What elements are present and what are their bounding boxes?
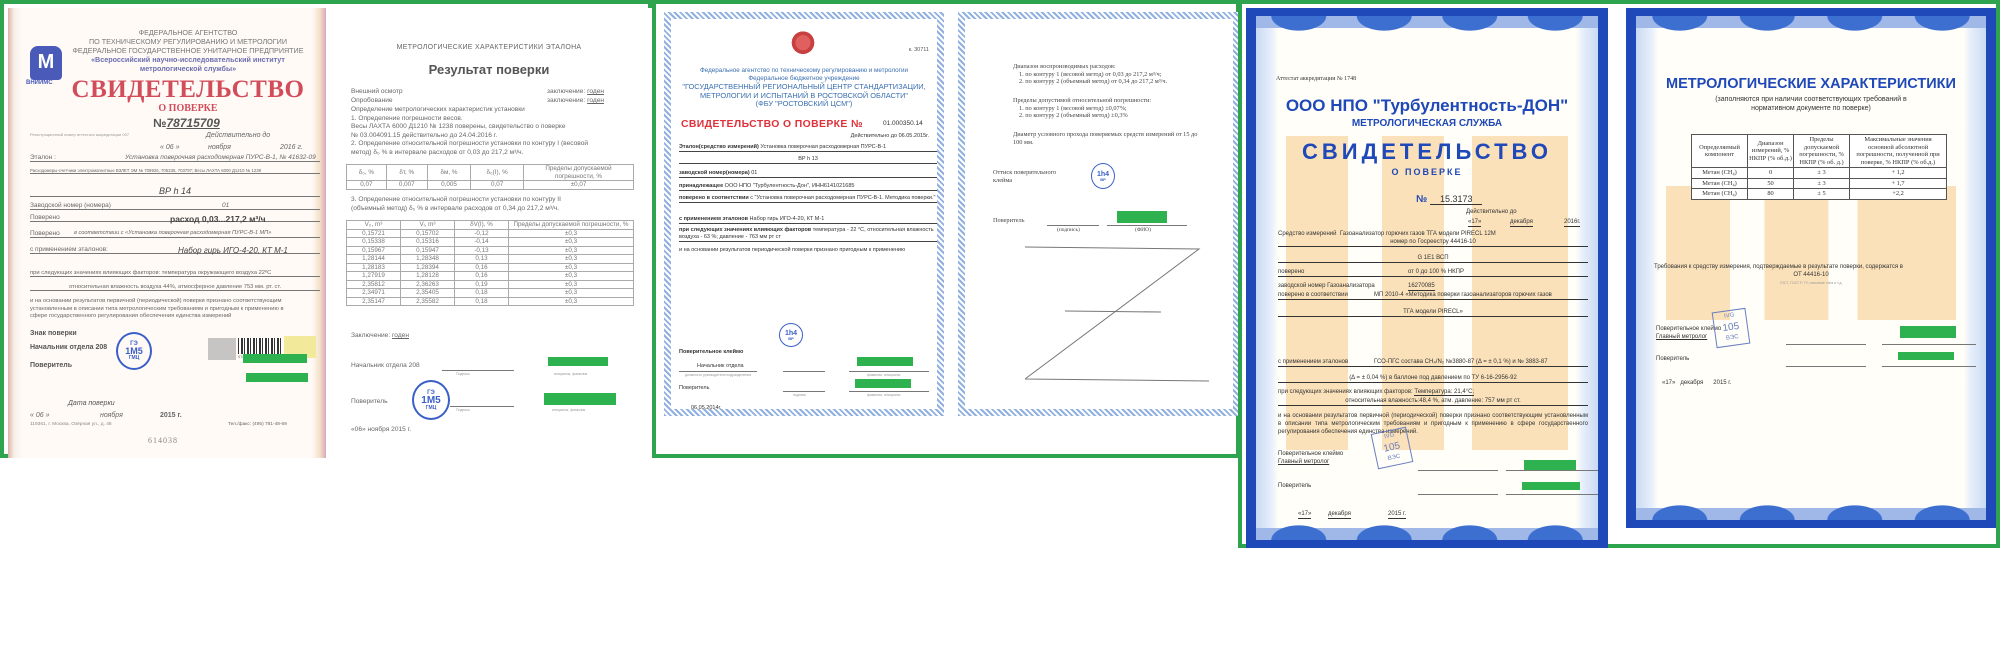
verification-stamp-icon: ГЭ 1М5 ГМЦ [412, 380, 450, 420]
table-row: Метан (CH₄)50± 3+ 1,7 [1692, 178, 1947, 189]
redacted-name [1524, 460, 1576, 470]
redacted-name [855, 379, 911, 388]
issuer-header: Федеральное агентство по техническому ре… [671, 67, 937, 108]
certificate-title: СВИДЕТЕЛЬСТВО [68, 76, 308, 104]
hologram-icon [208, 338, 236, 360]
valid-until-label: Действительно до [206, 132, 306, 139]
table-row: 1,279191,281280,16±0,3 [347, 272, 634, 281]
valid-until: Действительно до 06.05.2015г. [851, 133, 929, 139]
serial-field: заводской номер(номера) 01 [679, 169, 937, 178]
table-row: 0,157210,15702-0,12±0,3 [347, 229, 634, 238]
document-group-turbulence-don: Аттестат аккредитации № 1748 ООО НПО "Ту… [1238, 0, 2000, 548]
procedure-field: поверено в соответствииМП 2010-4 «Методи… [1278, 291, 1588, 300]
table-row: 2,351472,355820,18±0,3 [347, 297, 634, 306]
document-group-vniims: M ВНИИМС ФЕДЕРАЛЬНОЕ АГЕНТСТВО ПО ТЕХНИЧ… [0, 0, 652, 458]
conclusion-text: и на основании результатов первичной (пе… [1278, 412, 1588, 436]
redacted-name [1522, 482, 1580, 490]
table-row: 1,281441,283480,13±0,3 [347, 255, 634, 264]
z-cancel-mark [1025, 245, 1211, 385]
certificate-title: СВИДЕТЕЛЬСТВО О ПОВЕРКЕ № [681, 119, 863, 130]
volume-method-table: V₀, m³ Vᵢ, m³ δV(I), % Пределы допускаем… [346, 220, 634, 306]
serial-field: заводской номер Газоанализатора16270085 [1278, 282, 1588, 290]
redacted-name [548, 357, 608, 366]
redacted-name [1117, 211, 1167, 223]
org-name: ООО НПО "Турбулентность-ДОН" [1256, 96, 1598, 116]
verification-stamp-icon: 1h4 BP [1091, 163, 1115, 189]
metrological-characteristics-page: МЕТРОЛОГИЧЕСКИЕ ХАРАКТЕРИСТИКИ (заполняю… [1626, 8, 1996, 528]
document-group-rostov: к. 30711 Федеральное агентство по технич… [652, 0, 1240, 458]
procedure-field: поверено в соответствии с "Установка пов… [679, 195, 937, 203]
certificate-vniims: M ВНИИМС ФЕДЕРАЛЬНОЕ АГЕНТСТВО ПО ТЕХНИЧ… [8, 8, 326, 458]
serial-field: Заводской номер (номера) 01 [30, 202, 320, 210]
conclusion-text: и на основании результатов первичной (пе… [30, 298, 298, 321]
table-row: Метан (CH₄)0± 3+ 1,2 [1692, 168, 1947, 179]
russian-emblem-icon [791, 31, 815, 57]
issuer-header: ФЕДЕРАЛЬНОЕ АГЕНТСТВО ПО ТЕХНИЧЕСКОМУ РЕ… [68, 28, 308, 73]
certificate-turbulence-don: Аттестат аккредитации № 1748 ООО НПО "Ту… [1246, 8, 1608, 548]
redacted-name [1900, 326, 1956, 338]
verified-field: Поверено расход 0,03...217,2 м³/ч [30, 214, 320, 222]
verified-per-field: Поверено в соответствии с «Установка пов… [30, 230, 320, 238]
factors-field: при следующих значениях влияющих факторо… [1278, 388, 1588, 396]
table-row: 2,349712,354050,18±0,3 [347, 289, 634, 298]
verification-date: 06.05.2014г. [691, 405, 721, 411]
certificate-title: СВИДЕТЕЛЬСТВО [1256, 139, 1598, 165]
table-row: 0,153380,15316-0,14±0,3 [347, 238, 634, 247]
external-inspection-line: Внешний осмотр заключение: годен [351, 88, 621, 97]
redacted-name [1898, 352, 1954, 360]
table-row: Метан (CH₄)80± 5+2,2 [1692, 189, 1947, 200]
barcode-icon [238, 338, 282, 354]
redacted-name [857, 357, 913, 366]
rank-field: ВР h 13 [679, 155, 937, 164]
verification-stamp-icon: ГЭ 1М5 ГМЦ [116, 332, 152, 370]
certificate-number: 01.000350.14 [883, 120, 923, 127]
etalon-field: Эталон(средство измерений) Установка пов… [679, 143, 937, 152]
page-title: МЕТРОЛОГИЧЕСКИЕ ХАРАКТЕРИСТИКИ [1636, 76, 1986, 92]
verification-result-page: МЕТРОЛОГИЧЕСКИЕ ХАРАКТЕРИСТИКИ ЭТАЛОНА Р… [326, 8, 652, 458]
watermark-logo [1666, 186, 1956, 320]
verification-date: «17» декабря 2015 г. [1662, 380, 1731, 386]
redacted-name [246, 373, 308, 382]
etalons-field: с применением эталоновГСО-ПГС состава CH… [1278, 358, 1588, 367]
verification-stamp-icon: IVG 105 ВЭС [1371, 427, 1414, 470]
owner-field: принадлежащее ООО НПО "Турбулентность-До… [679, 182, 937, 191]
redacted-name [243, 354, 307, 363]
instrument-field: Средство измерений Газоанализатор горючи… [1278, 230, 1588, 238]
rank-field: ВР h 14 [30, 186, 320, 197]
metrological-table: Определяемый компонент Диапазон измерени… [1691, 134, 1947, 200]
conclusion-text: и на основании результатов периодической… [679, 247, 919, 254]
factors-field: при следующих значениях влияющих факторо… [679, 227, 937, 242]
page-title: Результат поверки [326, 62, 652, 77]
certificate-rostov: к. 30711 Федеральное агентство по технич… [664, 12, 944, 416]
etalon-field: Эталон : Установка поверочная расходомер… [30, 154, 320, 162]
range-field: повереноот 0 до 100 % НКПР [1278, 268, 1588, 277]
table-row: 0,070,0070,0050,07±0,07 [347, 181, 634, 190]
conclusion: Заключение: годен [351, 332, 621, 341]
certificate-number: №78715709 [153, 116, 220, 130]
table-row: 1,281831,283940,16±0,3 [347, 263, 634, 272]
etalons-field: с применением эталонов Набор гирь ИГО-4-… [679, 215, 937, 224]
certificate-number: № 15.3173 [1416, 194, 1482, 205]
redacted-name [544, 393, 616, 405]
verification-date: «06» ноября 2015 г. [351, 426, 621, 435]
certificate-subtitle: О ПОВЕРКЕ [68, 103, 308, 114]
etalons-used-field: с применением эталонов: Набор гирь ИГО-4… [30, 246, 320, 254]
verification-date: « 06 » ноября 2015 г. [30, 412, 320, 419]
table-row: 2,358122,362630,19±0,3 [347, 280, 634, 289]
class-field: G 1E1 ВСП [1278, 254, 1588, 263]
weight-method-table: δ₀, % δт, % δм, % δ₀(I), % Пределы допус… [346, 164, 634, 190]
vniims-logo-icon: M [30, 46, 62, 80]
verification-stamp-icon: IVG 105 ВЭС [1712, 308, 1751, 348]
testing-line: Опробование заключение: годен [351, 97, 621, 106]
characteristics-page: Диапазон воспроизводимых расходов: 1. по… [958, 12, 1240, 416]
logo-text: ВНИИМС [26, 80, 53, 86]
verification-stamp-icon: 1h4 BP [779, 323, 803, 347]
table-row: 0,159670,15947-0,13±0,3 [347, 246, 634, 255]
